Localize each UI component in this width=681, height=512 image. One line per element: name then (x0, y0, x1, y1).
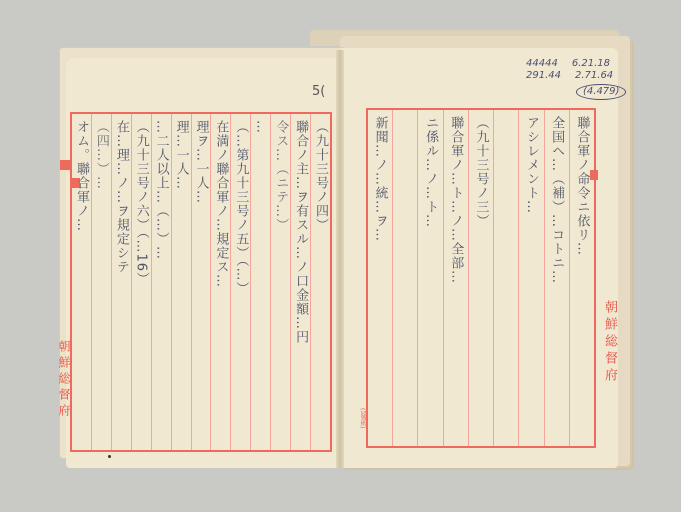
page-number: 5( (312, 84, 325, 99)
handwritten-column: …二人以上…（…）… (155, 120, 168, 260)
note-value: 44444 (526, 58, 558, 70)
handwritten-column: （…第九十三号ノ五）（…） (234, 120, 247, 296)
right-page-ruled-grid: 聯合軍ノ命令ニ依リ… 全国ヘ…（補）…コトニ… アシレメント… （九十三号ノ三）… (366, 108, 596, 448)
ink-dot (108, 455, 111, 458)
form-number-print: (5號紙) (358, 408, 367, 429)
handwritten-column: （四…）… (95, 120, 108, 190)
handwritten-column: 聯合軍ノ命令ニ依リ… (575, 116, 588, 256)
handwritten-column: … (254, 120, 267, 134)
red-margin-tab (60, 160, 70, 170)
handwritten-column: ニ係ル…ノ…ト… (424, 116, 437, 228)
left-page-ruled-grid: （九十三号ノ四） 聯合ノ主…ヲ有スル…ノ口金額…円 令ス…（ニテ…） … （…第… (70, 112, 332, 452)
handwritten-column: 全国ヘ…（補）…コトニ… (550, 116, 563, 284)
open-ledger-book: 5( （九十三号ノ四） 聯合ノ主…ヲ有スル…ノ口金額…円 令ス…（ニテ…） … … (0, 0, 681, 512)
handwritten-column: 聯合ノ主…ヲ有スル…ノ口金額…円 (294, 120, 307, 344)
margin-stamp: 朝鮮総督府 (56, 340, 73, 420)
handwritten-column: 在…理…ノ…ヲ規定シテ (115, 120, 128, 274)
handwritten-column: 理ヲ…一人… (195, 120, 208, 204)
handwritten-column: （九十三号ノ四） (314, 120, 327, 232)
handwritten-column: アシレメント… (525, 116, 538, 214)
handwritten-column: 理…一人… (175, 120, 188, 190)
note-value: 6.21.18 (572, 58, 610, 70)
note-value: 2.71.64 (575, 70, 613, 82)
handwritten-column: （九十三号ノ三） (475, 116, 488, 228)
handwritten-column: （九十三号ノ六）（…16） (135, 120, 148, 286)
handwritten-column: 新聞…ノ…統…ヲ… (374, 116, 387, 242)
book-gutter (336, 50, 344, 468)
pencil-notes: 44444 6.21.18 291.44 2.71.64 (4.479) (526, 58, 626, 100)
margin-stamp: 朝鮮総督府 (600, 300, 619, 385)
handwritten-column: 聯合軍ノ…ト…ノ…全部… (449, 116, 462, 284)
handwritten-column: オム。聯合軍ノ… (75, 120, 88, 232)
handwritten-column: 在満ノ聯合軍ノ…規定ス… (214, 120, 227, 288)
circled-note: (4.479) (576, 84, 626, 100)
handwritten-column: 令ス…（ニテ…） (274, 120, 287, 232)
note-value: 291.44 (526, 70, 561, 82)
